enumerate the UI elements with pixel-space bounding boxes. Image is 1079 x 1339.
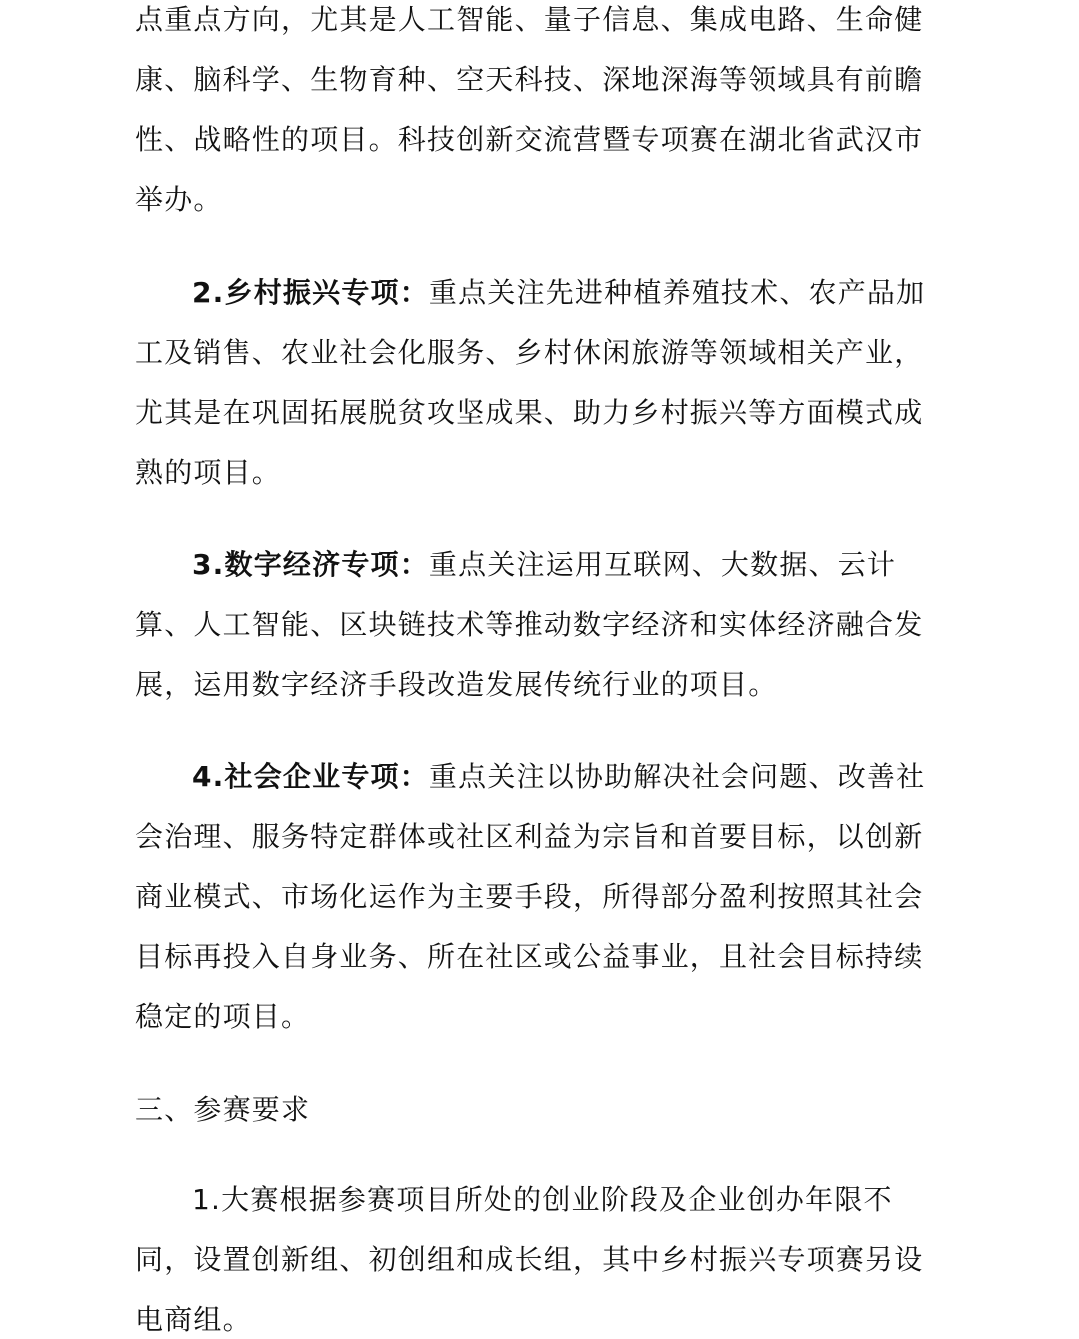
text-span: 重点关注以协助解决社会问题、改善社 xyxy=(429,760,925,793)
text-line: 性、战略性的项目。科技创新交流营暨专项赛在湖北省武汉市 xyxy=(135,120,923,160)
paragraph-first-line: 2.乡村振兴专项：重点关注先进种植养殖技术、农产品加 xyxy=(192,273,925,313)
text-span: 重点关注运用互联网、大数据、云计 xyxy=(429,548,896,581)
text-line: 电商组。 xyxy=(135,1300,252,1339)
text-line: 目标再投入自身业务、所在社区或公益事业，且社会目标持续 xyxy=(135,937,923,977)
text-line: 工及销售、农业社会化服务、乡村休闲旅游等领域相关产业， xyxy=(135,333,923,373)
text-span: 重点关注先进种植养殖技术、农产品加 xyxy=(429,276,925,309)
text-line: 点重点方向，尤其是人工智能、量子信息、集成电路、生命健 xyxy=(135,0,923,40)
section-heading: 三、参赛要求 xyxy=(135,1090,310,1130)
text-line: 康、脑科学、生物育种、空天科技、深地深海等领域具有前瞻 xyxy=(135,60,923,100)
paragraph-label-rural: 2.乡村振兴专项： xyxy=(192,276,429,309)
paragraph-first-line: 1.大赛根据参赛项目所处的创业阶段及企业创办年限不 xyxy=(192,1180,893,1220)
text-line: 同，设置创新组、初创组和成长组，其中乡村振兴专项赛另设 xyxy=(135,1240,923,1280)
text-line: 举办。 xyxy=(135,180,223,220)
text-line: 稳定的项目。 xyxy=(135,997,310,1037)
paragraph-first-line: 4.社会企业专项：重点关注以协助解决社会问题、改善社 xyxy=(192,757,925,797)
text-line: 熟的项目。 xyxy=(135,453,281,493)
text-line: 会治理、服务特定群体或社区利益为宗旨和首要目标，以创新 xyxy=(135,817,923,857)
text-line: 商业模式、市场化运作为主要手段，所得部分盈利按照其社会 xyxy=(135,877,923,917)
paragraph-label-social: 4.社会企业专项： xyxy=(192,760,429,793)
text-line: 算、人工智能、区块链技术等推动数字经济和实体经济融合发 xyxy=(135,605,923,645)
paragraph-first-line: 3.数字经济专项：重点关注运用互联网、大数据、云计 xyxy=(192,545,896,585)
text-line: 尤其是在巩固拓展脱贫攻坚成果、助力乡村振兴等方面模式成 xyxy=(135,393,923,433)
text-line: 展，运用数字经济手段改造发展传统行业的项目。 xyxy=(135,665,777,705)
paragraph-label-digital: 3.数字经济专项： xyxy=(192,548,429,581)
